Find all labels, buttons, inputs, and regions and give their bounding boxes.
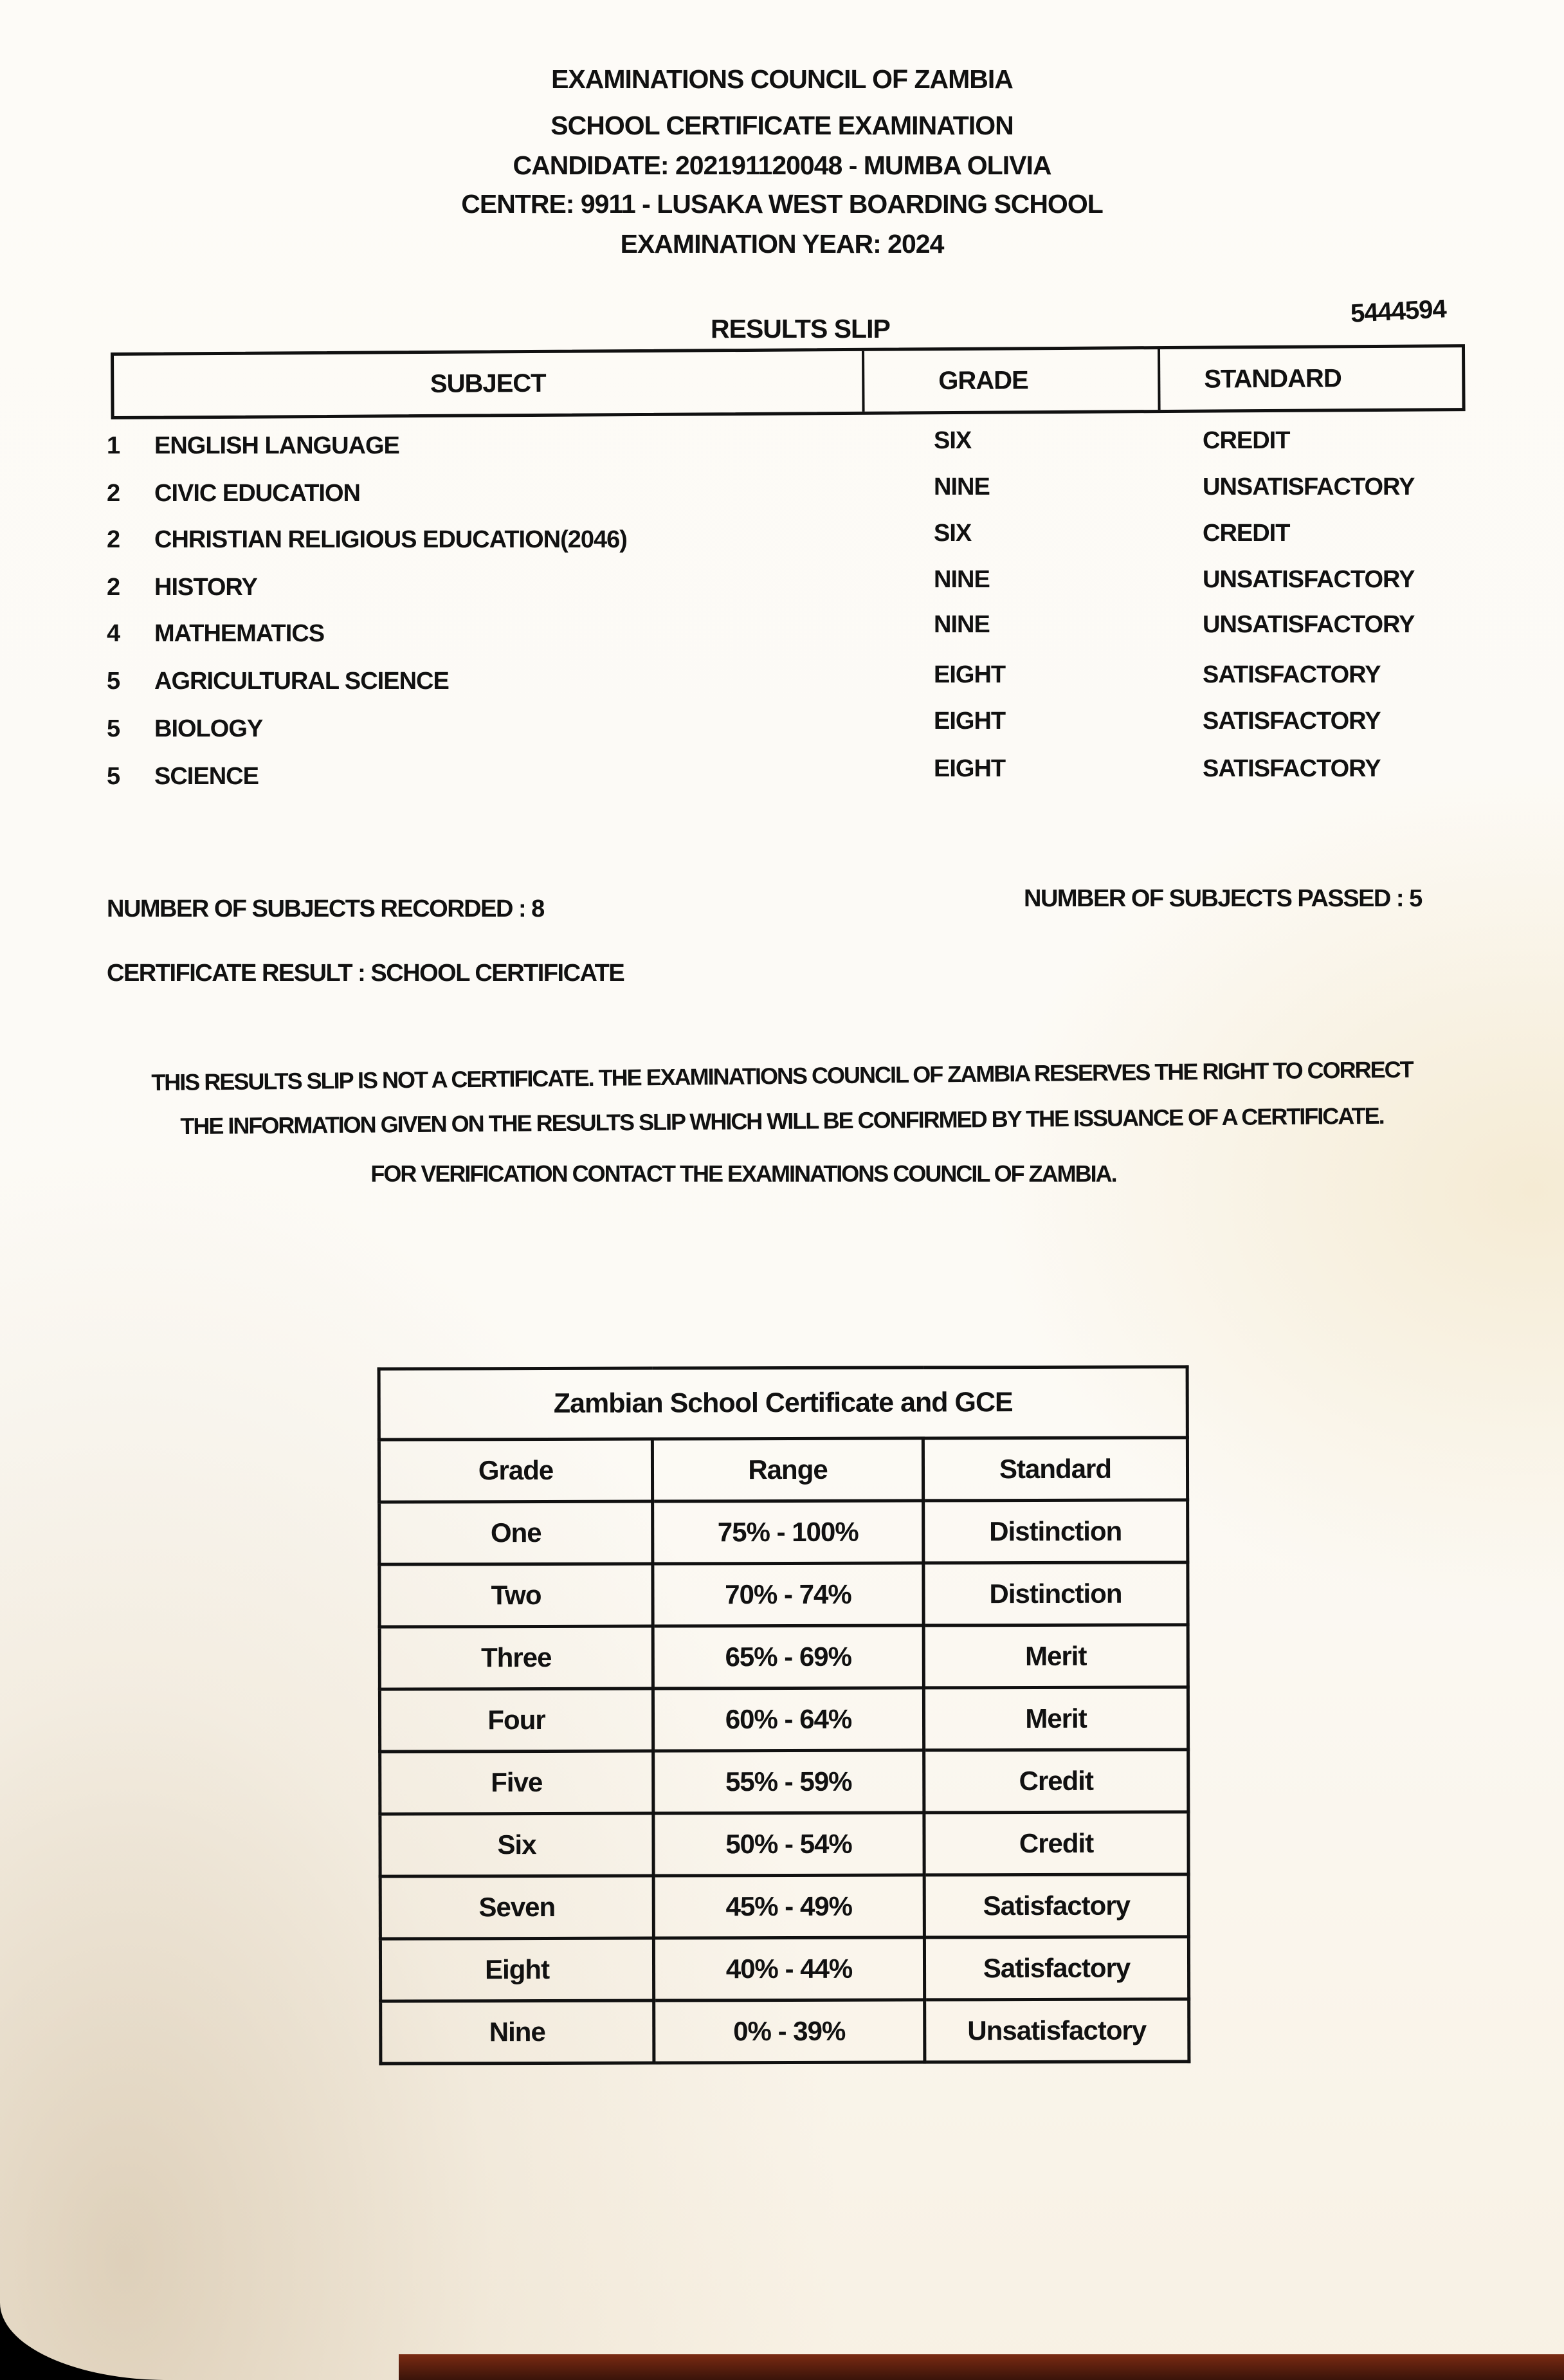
subject-name: CHRISTIAN RELIGIOUS EDUCATION(2046) — [154, 526, 627, 554]
candidate-line: CANDIDATE: 202191120048 - MUMBA OLIVIA — [0, 151, 1564, 181]
key-range: 60% - 64% — [653, 1688, 923, 1751]
key-range: 55% - 59% — [653, 1750, 924, 1813]
grade-value: NINE — [934, 566, 990, 594]
standard-value: SATISFACTORY — [1203, 708, 1381, 735]
key-grade: Five — [380, 1751, 653, 1814]
key-standard: Unsatisfactory — [925, 1999, 1189, 2062]
grading-key-row: Six50% - 54%Credit — [380, 1812, 1188, 1876]
standard-value: UNSATISFACTORY — [1203, 611, 1414, 639]
subjects-passed: NUMBER OF SUBJECTS PASSED : 5 — [1024, 885, 1422, 913]
subject-name: CIVIC EDUCATION — [154, 480, 360, 508]
grading-key-row: Seven45% - 49%Satisfactory — [380, 1874, 1188, 1939]
standard-value: CREDIT — [1203, 520, 1289, 547]
key-standard: Credit — [924, 1812, 1188, 1875]
key-header-grade: Grade — [379, 1439, 652, 1502]
key-standard: Distinction — [923, 1562, 1188, 1625]
key-standard: Credit — [924, 1750, 1188, 1813]
key-range: 40% - 44% — [653, 1937, 924, 2000]
grading-key-row: Two70% - 74%Distinction — [379, 1562, 1188, 1627]
standard-value: SATISFACTORY — [1203, 661, 1381, 689]
results-header-bar: SUBJECT GRADE STANDARD — [111, 344, 1466, 419]
grade-value: SIX — [934, 520, 971, 547]
column-header-grade: GRADE — [864, 349, 1161, 412]
row-number: 5 — [107, 668, 120, 695]
key-standard: Distinction — [923, 1500, 1188, 1563]
exam-name: SCHOOL CERTIFICATE EXAMINATION — [0, 111, 1564, 141]
results-slip-title: RESULTS SLIP — [711, 314, 890, 344]
grading-key-title: Zambian School Certificate and GCE — [379, 1367, 1187, 1440]
grade-value: NINE — [934, 473, 990, 501]
grade-value: NINE — [934, 611, 990, 639]
key-range: 0% - 39% — [654, 2000, 925, 2063]
subject-name: HISTORY — [154, 574, 257, 601]
table-row: 4MATHEMATICSNINEUNSATISFACTORY — [0, 620, 1564, 659]
grading-key-row: Eight40% - 44%Satisfactory — [380, 1937, 1188, 2001]
key-grade: Seven — [380, 1876, 653, 1939]
grading-key-row: Nine0% - 39%Unsatisfactory — [381, 1999, 1189, 2064]
table-row: 1ENGLISH LANGUAGESIXCREDIT — [0, 432, 1564, 471]
table-row: 5BIOLOGYEIGHTSATISFACTORY — [0, 715, 1564, 754]
subject-name: BIOLOGY — [154, 715, 262, 743]
standard-value: UNSATISFACTORY — [1203, 566, 1414, 594]
key-grade: Three — [379, 1626, 653, 1689]
standard-value: SATISFACTORY — [1203, 755, 1381, 783]
key-grade: Four — [379, 1689, 653, 1752]
key-range: 50% - 54% — [653, 1813, 924, 1876]
background-surface — [399, 2354, 1564, 2380]
standard-value: UNSATISFACTORY — [1203, 473, 1414, 501]
table-row: 2HISTORYNINEUNSATISFACTORY — [0, 574, 1564, 612]
grade-value: EIGHT — [934, 661, 1005, 689]
key-standard: Merit — [923, 1625, 1188, 1688]
key-range: 75% - 100% — [653, 1501, 923, 1564]
grade-value: SIX — [934, 427, 971, 455]
key-header-standard: Standard — [923, 1438, 1187, 1501]
certificate-result: CERTIFICATE RESULT : SCHOOL CERTIFICATE — [107, 960, 624, 987]
grade-value: EIGHT — [934, 708, 1005, 735]
grading-key-row: Four60% - 64%Merit — [379, 1687, 1188, 1752]
subject-name: ENGLISH LANGUAGE — [154, 432, 399, 460]
key-range: 45% - 49% — [653, 1875, 924, 1938]
row-number: 1 — [107, 432, 120, 460]
exam-year: EXAMINATION YEAR: 2024 — [0, 229, 1564, 259]
key-standard: Satisfactory — [924, 1874, 1188, 1937]
table-row: 5AGRICULTURAL SCIENCEEIGHTSATISFACTORY — [0, 668, 1564, 706]
row-number: 4 — [107, 620, 120, 648]
centre-line: CENTRE: 9911 - LUSAKA WEST BOARDING SCHO… — [0, 189, 1564, 219]
grading-key-row: Five55% - 59%Credit — [380, 1750, 1188, 1814]
key-standard: Satisfactory — [924, 1937, 1188, 2000]
key-grade: Six — [380, 1813, 653, 1876]
row-number: 2 — [107, 574, 120, 601]
grade-value: EIGHT — [934, 755, 1005, 783]
row-number: 2 — [107, 526, 120, 554]
disclaimer-line-3: FOR VERIFICATION CONTACT THE EXAMINATION… — [0, 1160, 1525, 1187]
key-grade: Eight — [380, 1938, 653, 2001]
key-grade: Two — [379, 1564, 653, 1627]
key-grade: Nine — [381, 2000, 654, 2064]
council-name: EXAMINATIONS COUNCIL OF ZAMBIA — [0, 64, 1564, 95]
key-header-range: Range — [652, 1438, 923, 1501]
row-number: 2 — [107, 480, 120, 508]
table-row: 5SCIENCEEIGHTSATISFACTORY — [0, 763, 1564, 801]
grading-key-table: Zambian School Certificate and GCE Grade… — [377, 1365, 1191, 2065]
key-range: 70% - 74% — [653, 1563, 923, 1626]
column-header-standard: STANDARD — [1160, 347, 1462, 410]
key-range: 65% - 69% — [653, 1625, 923, 1689]
standard-value: CREDIT — [1203, 427, 1289, 455]
key-grade: One — [379, 1501, 653, 1564]
column-header-subject: SUBJECT — [114, 351, 865, 416]
table-row: 2CHRISTIAN RELIGIOUS EDUCATION(2046)SIXC… — [0, 526, 1564, 565]
table-row: 2CIVIC EDUCATIONNINEUNSATISFACTORY — [0, 480, 1564, 518]
key-standard: Merit — [923, 1687, 1188, 1750]
subject-name: MATHEMATICS — [154, 620, 324, 648]
row-number: 5 — [107, 715, 120, 743]
grading-key-row: One75% - 100%Distinction — [379, 1500, 1188, 1564]
row-number: 5 — [107, 763, 120, 791]
grading-key-row: Three65% - 69%Merit — [379, 1625, 1188, 1689]
subjects-recorded: NUMBER OF SUBJECTS RECORDED : 8 — [107, 895, 544, 923]
subject-name: AGRICULTURAL SCIENCE — [154, 668, 449, 695]
serial-number: 5444594 — [1350, 295, 1447, 329]
subject-name: SCIENCE — [154, 763, 259, 791]
